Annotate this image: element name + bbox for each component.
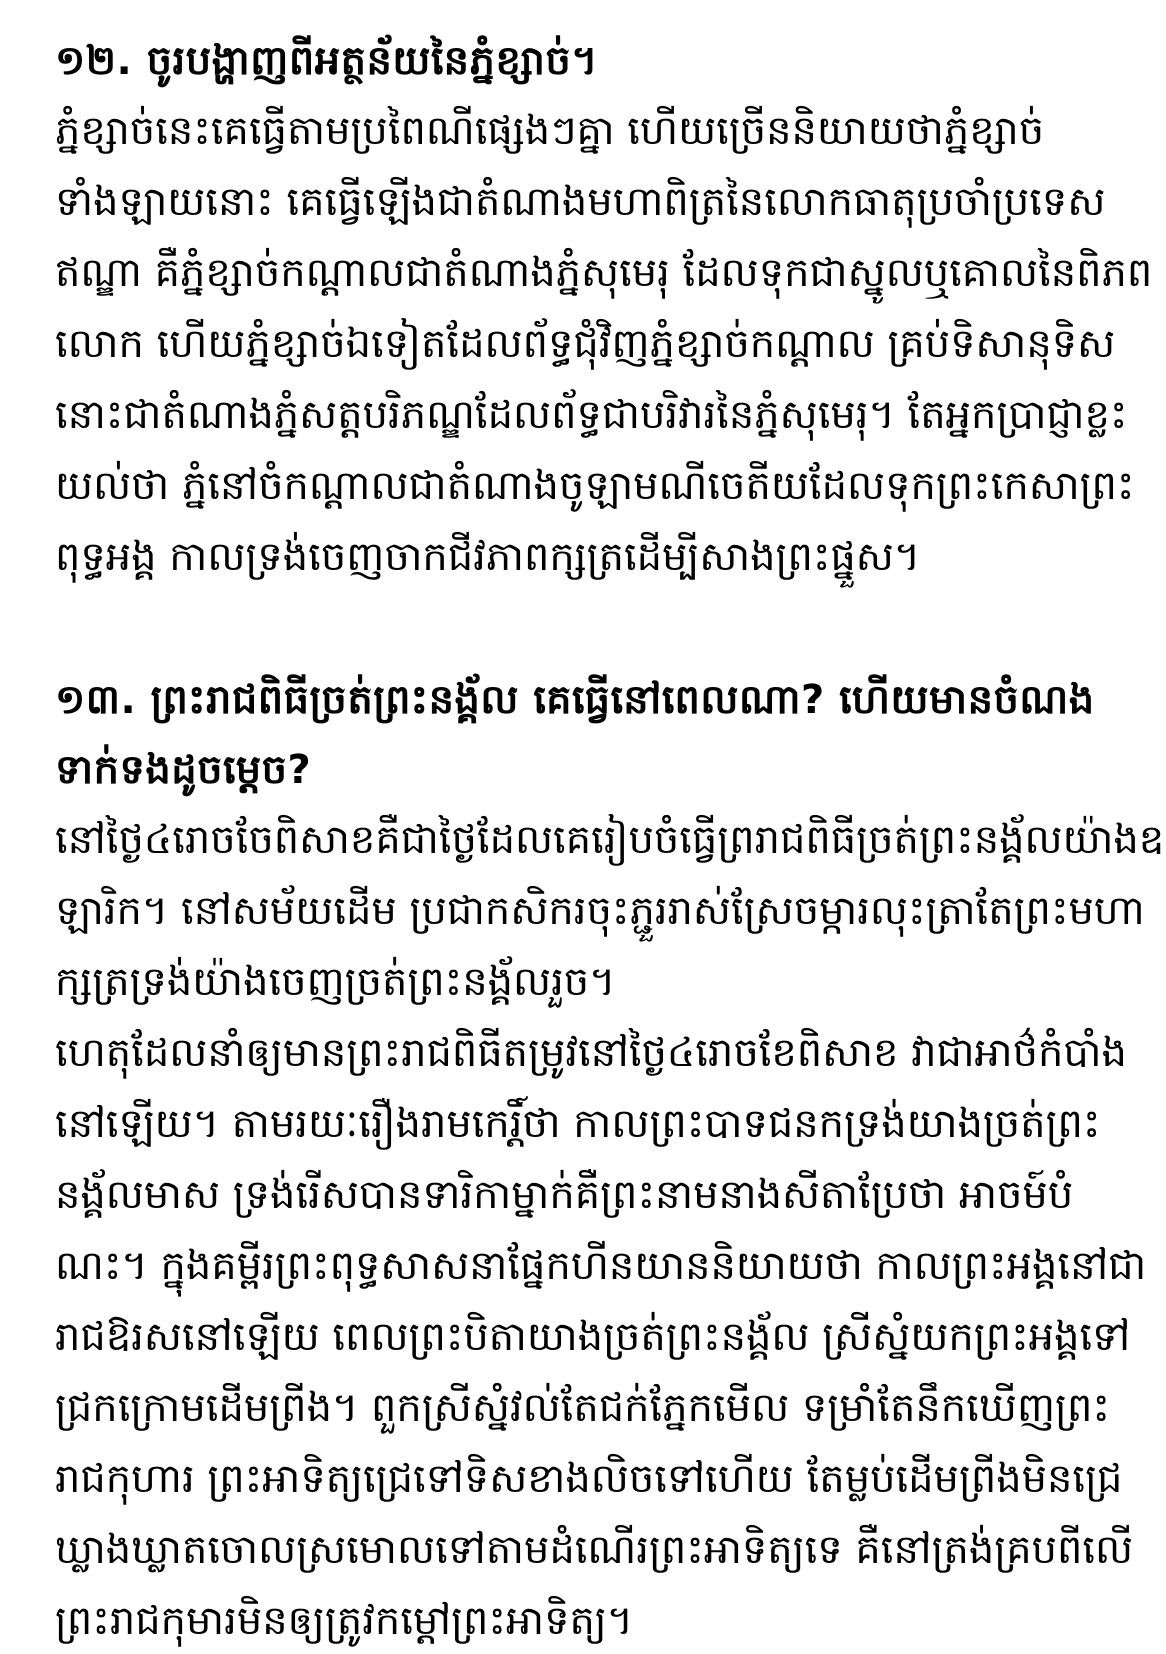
- text-line: ណះ។ ក្នុងគម្ពីរព្រះពុទ្ធសាសនាផ្នែកហីនយាន…: [55, 1231, 1118, 1302]
- section-12-paragraph: ភ្នំខ្សាច់នេះគេធ្វើតាមប្រពៃណីផ្សេងៗគ្នា …: [55, 96, 1118, 593]
- section-13-heading: ១៣. ព្រះរាជពិធីច្រត់ព្រះនង្គ័ល គេធ្វើនៅព…: [55, 665, 1118, 805]
- text-line: នៅថ្ងៃ៤រោចចែពិសាខគឺជាថ្ងៃដែលគេរៀបចំធ្វើព…: [55, 805, 1118, 876]
- document-page: ១២. ចូរបង្ហាញពីអត្ថន័យនៃភ្នំខ្សាច់។ ភ្នំ…: [0, 0, 1166, 1654]
- section-13-paragraph-2: ហេតុដែលនាំឲ្យមានព្រះរាជពិធីតម្រូវនៅថ្ងៃ៤…: [55, 1018, 1118, 1654]
- text-line: នៅឡើយ។ តាមរយៈរឿងរាមកេរ្តិ៍ថា កាលព្រះបាទជ…: [55, 1089, 1118, 1160]
- section-13-paragraph-1: នៅថ្ងៃ៤រោចចែពិសាខគឺជាថ្ងៃដែលគេរៀបចំធ្វើព…: [55, 805, 1118, 1018]
- text-line: យល់ថា ភ្នំនៅចំកណ្តាលជាតំណាងចូឡាមណីចេតីយដ…: [55, 451, 1118, 522]
- section-spacer: [55, 593, 1118, 665]
- text-line: ឃ្លាងឃ្លាតចោលស្រមោលទៅតាមដំណើរព្រះអាទិត្យ…: [55, 1515, 1118, 1586]
- text-line: រាជកុហារ ព្រះអាទិត្យជ្រេទៅទិសខាងលិចទៅហើយ…: [55, 1444, 1118, 1515]
- section-question-13: ១៣. ព្រះរាជពិធីច្រត់ព្រះនង្គ័ល គេធ្វើនៅព…: [55, 665, 1118, 1654]
- text-line: ឡារិក។ នៅសម័យដើម ប្រជាកសិករចុះភ្ជួររាស់ស…: [55, 876, 1118, 947]
- text-line: ពុទ្ធអង្គ កាលទ្រង់ចេញចាកជីវភាពក្សត្រដើម្…: [55, 522, 1118, 593]
- text-line: ភ្នំខ្សាច់នេះគេធ្វើតាមប្រពៃណីផ្សេងៗគ្នា …: [55, 96, 1118, 167]
- text-line: នោះជាតំណាងភ្នំសត្តបរិភណ្ឌដែលព័ទ្ធជាបរិវា…: [55, 380, 1118, 451]
- text-line: ទាំងឡាយនោះ គេធ្វើឡើងជាតំណាងមហាពិត្រនៃលោក…: [55, 167, 1118, 238]
- section-question-12: ១២. ចូរបង្ហាញពីអត្ថន័យនៃភ្នំខ្សាច់។ ភ្នំ…: [55, 26, 1118, 593]
- text-line: ព្រះរាជកុមារមិនឲ្យត្រូវកម្តៅព្រះអាទិត្យ។: [55, 1586, 1118, 1654]
- text-line: រាជឱរសនៅឡើយ ពេលព្រះបិតាយាងច្រត់ព្រះនង្គ័…: [55, 1302, 1118, 1373]
- text-line: ក្សត្រទ្រង់យ៉ាងចេញច្រត់ព្រះនង្គ័លរួច។: [55, 947, 1118, 1018]
- section-12-heading: ១២. ចូរបង្ហាញពីអត្ថន័យនៃភ្នំខ្សាច់។: [55, 26, 1118, 96]
- heading-line: ១៣. ព្រះរាជពិធីច្រត់ព្រះនង្គ័ល គេធ្វើនៅព…: [55, 665, 1118, 735]
- text-line: ឥណ្ឌា គឺភ្នំខ្សាច់កណ្តាលជាតំណាងភ្នំសុមេរ…: [55, 238, 1118, 309]
- text-line: ជ្រកក្រោមដើមព្រីង។ ពួកស្រីស្នំវល់តែជក់ភ្…: [55, 1373, 1118, 1444]
- text-line: នង្គ័លមាស ទ្រង់រើសបានទារិកាម្នាក់គឺព្រះន…: [55, 1160, 1118, 1231]
- text-line: ហេតុដែលនាំឲ្យមានព្រះរាជពិធីតម្រូវនៅថ្ងៃ៤…: [55, 1018, 1118, 1089]
- text-line: លោក ហើយភ្នំខ្សាច់ឯទៀតដែលព័ទ្ធជុំវិញភ្នំខ…: [55, 309, 1118, 380]
- heading-line: ទាក់ទងដូចម្តេច?: [55, 735, 1118, 805]
